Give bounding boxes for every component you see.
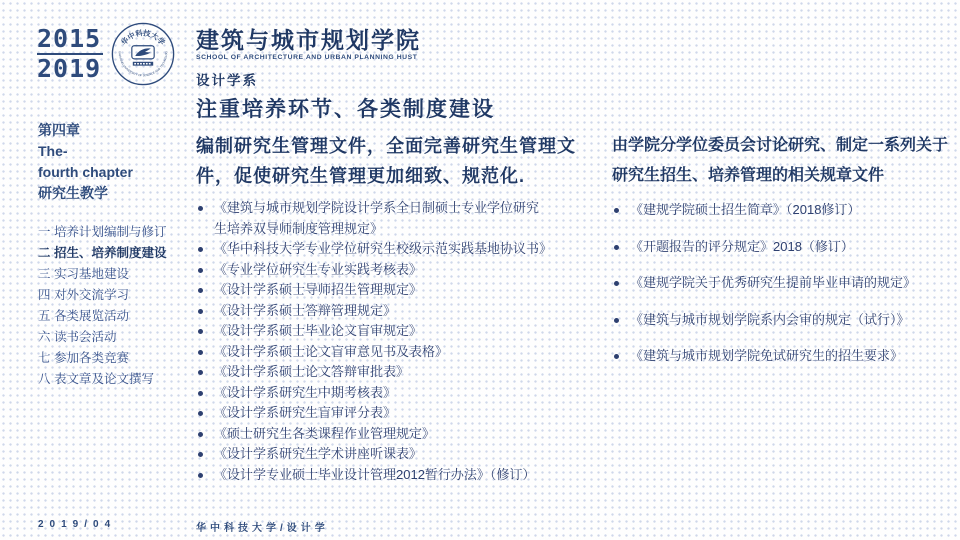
years-badge: 2015 2019 — [37, 26, 105, 82]
page-title: 注重培养环节、各类制度建设 — [196, 93, 495, 123]
document-item: 《建规学院硕士招生简章》（2018修订） — [612, 200, 952, 221]
document-item: 《设计学系硕士毕业论文盲审规定》 — [196, 321, 548, 342]
year-start: 2015 — [37, 26, 105, 52]
sidebar-item-4: 四 对外交流学习 — [38, 285, 196, 306]
document-item: 《设计学系硕士论文答辩审批表》 — [196, 362, 548, 383]
hust-seal-icon: 华中科技大学 HUAZHONG UNIVERSITY OF SCIENCE AN… — [109, 20, 177, 88]
document-item: 《设计学系研究生盲审评分表》 — [196, 403, 548, 424]
sidebar-item-2-active: 二 招生、培养制度建设 — [38, 243, 196, 264]
document-item: 《建筑与城市规划学院系内会审的规定（试行）》 — [612, 310, 952, 331]
sidebar-item-5: 五 各类展览活动 — [38, 306, 196, 327]
school-brand: 建筑与城市规划学院 SCHOOL OF ARCHITECTURE AND URB… — [196, 28, 421, 89]
hust-seal-logo: 华中科技大学 HUAZHONG UNIVERSITY OF SCIENCE AN… — [109, 20, 177, 88]
right-column: 由学院分学位委员会讨论研究、制定一系列关于研究生招生、培养管理的相关规章文件 《… — [612, 131, 952, 383]
left-column-heading: 编制研究生管理文件，全面完善研究生管理文件，促使研究生管理更加细致、规范化. — [196, 131, 588, 191]
section-nav: 一 培养计划编制与修订 二 招生、培养制度建设 三 实习基地建设 四 对外交流学… — [38, 222, 196, 390]
chapter-label-en-line2: fourth chapter — [38, 162, 196, 183]
document-item: 《设计学专业硕士毕业设计管理2012暂行办法》（修订） — [196, 465, 548, 486]
sidebar-item-1: 一 培养计划编制与修订 — [38, 222, 196, 243]
document-item: 《专业学位研究生专业实践考核表》 — [196, 260, 548, 281]
school-name-cn: 建筑与城市规划学院 — [196, 28, 421, 53]
document-item: 《开题报告的评分规定》2018（修订） — [612, 237, 952, 258]
year-end: 2019 — [37, 56, 105, 82]
document-item: 《设计学系硕士答辩管理规定》 — [196, 301, 548, 322]
school-name-en: SCHOOL OF ARCHITECTURE AND URBAN PLANNIN… — [196, 54, 421, 61]
chapter-label-en-line1: The- — [38, 141, 196, 162]
department-name: 设计学系 — [196, 69, 421, 89]
document-item: 《设计学系硕士导师招生管理规定》 — [196, 280, 548, 301]
document-item: 《建规学院关于优秀研究生提前毕业申请的规定》 — [612, 273, 952, 294]
college-documents-list: 《建规学院硕士招生简章》（2018修订） 《开题报告的评分规定》2018（修订）… — [612, 200, 952, 367]
presentation-slide: 2015 2019 华中科技大学 HUAZHO — [0, 0, 960, 540]
svg-text:华中科技大学: 华中科技大学 — [119, 28, 167, 47]
sidebar-item-7: 七 参加各类竞赛 — [38, 348, 196, 369]
document-item: 《设计学系研究生学术讲座听课表》 — [196, 444, 548, 465]
sidebar-item-3: 三 实习基地建设 — [38, 264, 196, 285]
sidebar-item-6: 六 读书会活动 — [38, 327, 196, 348]
chapter-subject: 研究生教学 — [38, 183, 196, 204]
document-item: 《设计学系研究生中期考核表》 — [196, 383, 548, 404]
slide-footer: 2019/04 华中科技大学/设计学 — [0, 519, 960, 539]
sidebar-item-8: 八 表文章及论文撰写 — [38, 369, 196, 390]
right-column-heading: 由学院分学位委员会讨论研究、制定一系列关于研究生招生、培养管理的相关规章文件 — [612, 131, 952, 191]
chapter-sidebar: 第四章 The- fourth chapter 研究生教学 一 培养计划编制与修… — [38, 120, 196, 390]
document-item: 《硕士研究生各类课程作业管理规定》 — [196, 424, 548, 445]
document-item: 《华中科技大学专业学位研究生校级示范实践基地协议书》 — [196, 239, 548, 260]
document-item: 《建筑与城市规划学院设计学系全日制硕士专业学位研究生培养双导师制度管理规定》 — [196, 198, 548, 239]
left-column: 编制研究生管理文件，全面完善研究生管理文件，促使研究生管理更加细致、规范化. 《… — [196, 131, 596, 485]
footer-credit: 华中科技大学/设计学 — [196, 519, 329, 534]
document-item: 《建筑与城市规划学院免试研究生的招生要求》 — [612, 346, 952, 367]
footer-date: 2019/04 — [38, 519, 116, 530]
chapter-number-cn: 第四章 — [38, 120, 196, 141]
document-item: 《设计学系硕士论文盲审意见书及表格》 — [196, 342, 548, 363]
department-documents-list: 《建筑与城市规划学院设计学系全日制硕士专业学位研究生培养双导师制度管理规定》 《… — [196, 198, 596, 485]
